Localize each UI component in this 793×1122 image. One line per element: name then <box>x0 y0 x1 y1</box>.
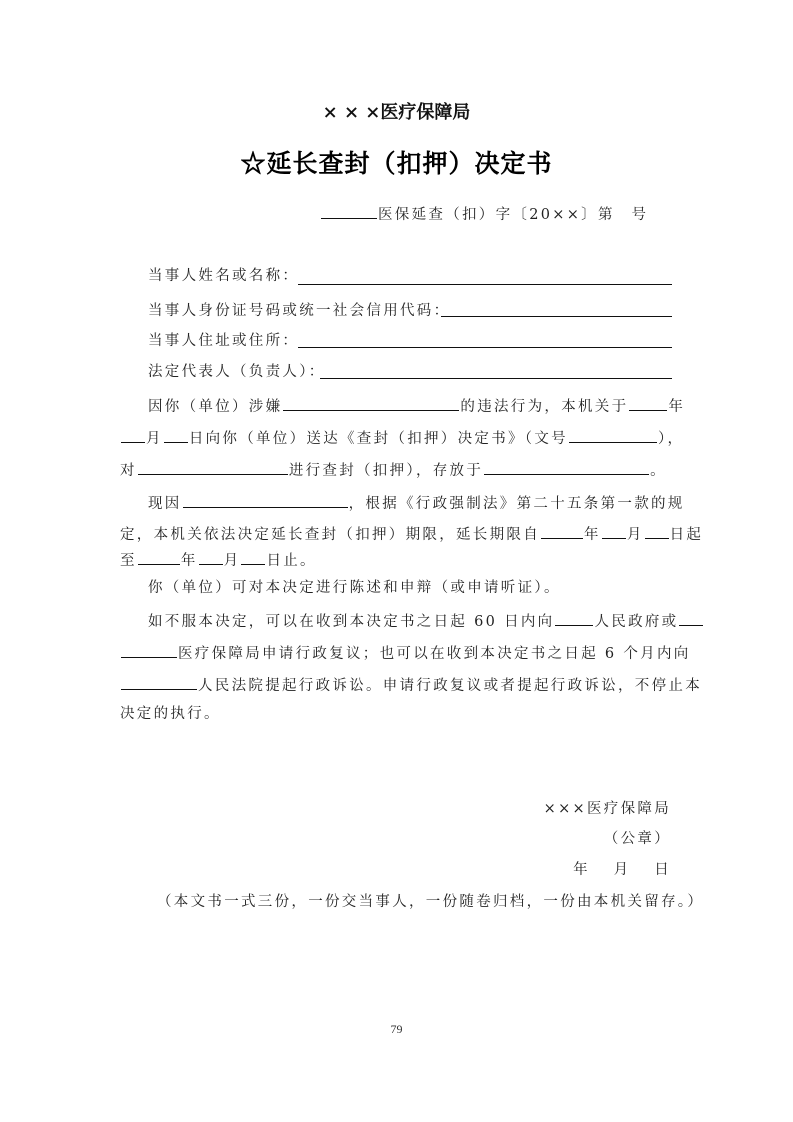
text-segment: 你（单位）可对本决定进行陈述和申辩（或申请听证）。 <box>148 580 561 596</box>
copies-footnote: （本文书一式三份，一份交当事人，一份随卷归档，一份由本机关留存。） <box>157 890 704 911</box>
paragraph-3: 你（单位）可对本决定进行陈述和申辩（或申请听证）。 <box>148 578 561 598</box>
reason-blank[interactable] <box>183 491 348 508</box>
text-segment: 定，本机关依法决定延长查封（扣押）期限，延长期限自 <box>120 527 540 543</box>
legal-rep-input[interactable] <box>320 377 672 379</box>
text-segment: ）， <box>658 431 684 447</box>
field-party-address: 当事人住址或住所： <box>148 331 299 351</box>
document-ref-blank[interactable] <box>569 426 657 443</box>
paragraph-4-line-1: 如不服本决定，可以在收到本决定书之日起 60 日内向人民政府或 <box>148 609 704 632</box>
paragraph-2-line-3: 至年月日止。 <box>120 548 317 571</box>
storage-location-blank[interactable] <box>484 458 649 475</box>
field-label: 当事人姓名或名称： <box>148 268 299 284</box>
text-segment: 年 <box>584 527 601 543</box>
agency-header: × × ×医疗保障局 <box>0 98 793 124</box>
text-segment: 年 <box>181 553 198 569</box>
text-segment: 现因 <box>148 496 182 512</box>
field-label: 当事人住址或住所： <box>148 333 299 349</box>
paragraph-4-line-2: 医疗保障局申请行政复议；也可以在收到本决定书之日起 6 个月内向 <box>120 641 691 664</box>
field-party-id: 当事人身份证号码或统一社会信用代码： <box>148 301 450 321</box>
paragraph-1-line-2: 月日向你（单位）送达《查封（扣押）决定书》（文号）， <box>120 426 684 449</box>
text-segment: 决定的执行。 <box>120 706 221 722</box>
text-segment: 的违法行为，本机关于 <box>460 399 628 415</box>
party-address-input[interactable] <box>298 346 672 348</box>
text-segment: 进行查封（扣押），存放于 <box>289 463 483 479</box>
violation-blank[interactable] <box>283 394 459 411</box>
text-segment: 。 <box>650 463 667 479</box>
text-segment: 对 <box>120 463 137 479</box>
text-segment: 如不服本决定，可以在收到本决定书之日起 60 日内向 <box>148 614 554 630</box>
field-label: 法定代表人（负责人）： <box>148 364 326 380</box>
paragraph-4-line-3: 人民法院提起行政诉讼。申请行政复议或者提起行政诉讼，不停止本 <box>120 673 702 696</box>
signature-date: 年 月 日 <box>573 858 671 879</box>
text-segment: 因你（单位）涉嫌 <box>148 399 282 415</box>
doc-prefix-blank[interactable] <box>321 202 377 219</box>
paragraph-4-line-4: 决定的执行。 <box>120 704 221 724</box>
seized-items-blank[interactable] <box>138 458 288 475</box>
party-id-input[interactable] <box>441 315 672 317</box>
page-number: 79 <box>0 1022 793 1037</box>
bureau-blank-part1[interactable] <box>679 609 703 626</box>
paragraph-1-line-1: 因你（单位）涉嫌的违法行为，本机关于年 <box>148 394 685 417</box>
text-segment: 年 <box>668 399 685 415</box>
document-page: × × ×医疗保障局 ☆延长查封（扣押）决定书 医保延查（扣）字〔20××〕第 … <box>0 0 793 1122</box>
field-legal-rep: 法定代表人（负责人）： <box>148 362 326 382</box>
text-segment: 人民政府或 <box>594 614 678 630</box>
paragraph-2-line-1: 现因，根据《行政强制法》第二十五条第一款的规 <box>148 491 685 514</box>
text-segment: 月 <box>146 431 163 447</box>
end-day-blank[interactable] <box>241 548 265 565</box>
party-name-input[interactable] <box>298 283 672 285</box>
bureau-blank-part2[interactable] <box>121 641 177 658</box>
end-year-blank[interactable] <box>138 548 180 565</box>
start-year-blank[interactable] <box>541 522 583 539</box>
end-month-blank[interactable] <box>199 548 223 565</box>
signature-seal: （公章） <box>604 827 671 848</box>
text-segment: 月 <box>224 553 241 569</box>
text-segment: 日止。 <box>266 553 316 569</box>
text-segment: 日向你（单位）送达《查封（扣押）决定书》（文号 <box>189 431 568 447</box>
text-segment: 日起 <box>670 527 704 543</box>
field-label: 当事人身份证号码或统一社会信用代码： <box>148 303 450 319</box>
signature-agency: ×××医疗保障局 <box>544 797 671 818</box>
court-blank[interactable] <box>121 673 197 690</box>
document-number-text: 医保延查（扣）字〔20××〕第 号 <box>378 207 648 223</box>
paragraph-2-line-2: 定，本机关依法决定延长查封（扣押）期限，延长期限自年月日起 <box>120 522 703 545</box>
govt-blank[interactable] <box>555 609 593 626</box>
document-number-line: 医保延查（扣）字〔20××〕第 号 <box>320 202 648 225</box>
seizure-month-blank[interactable] <box>121 426 145 443</box>
seizure-day-blank[interactable] <box>164 426 188 443</box>
text-segment: 至 <box>120 553 137 569</box>
text-segment: 人民法院提起行政诉讼。申请行政复议或者提起行政诉讼，不停止本 <box>198 678 702 694</box>
paragraph-1-line-3: 对进行查封（扣押），存放于。 <box>120 458 667 481</box>
document-title: ☆延长查封（扣押）决定书 <box>0 144 793 180</box>
text-segment: 医疗保障局申请行政复议；也可以在收到本决定书之日起 6 个月内向 <box>178 646 691 662</box>
text-segment: ，根据《行政强制法》第二十五条第一款的规 <box>349 496 685 512</box>
start-day-blank[interactable] <box>645 522 669 539</box>
seizure-year-blank[interactable] <box>629 394 667 411</box>
start-month-blank[interactable] <box>602 522 626 539</box>
text-segment: 月 <box>627 527 644 543</box>
field-party-name: 当事人姓名或名称： <box>148 266 299 286</box>
